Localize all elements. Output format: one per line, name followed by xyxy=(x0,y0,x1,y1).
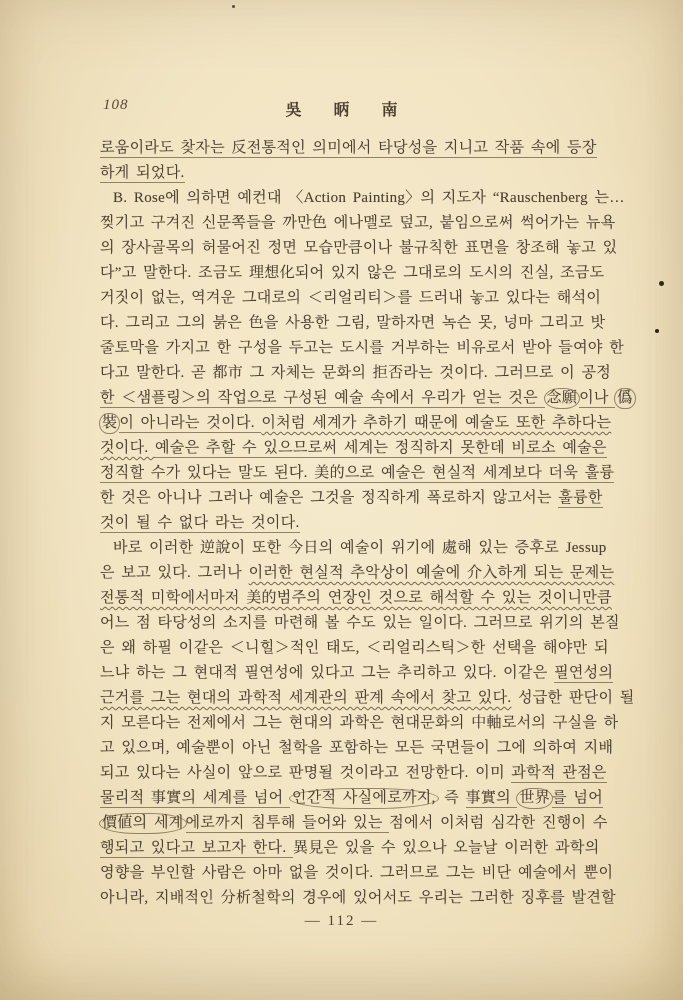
text-line: 은 왜 하필 이같은 ＜니힐＞적인 태도, ＜리얼리스틱＞한 선택을 해야만 되 xyxy=(100,636,597,661)
text-line: 영향을 부인할 사람은 아마 없을 것이다. 그러므로 그는 비단 예술에서 뿐… xyxy=(100,861,597,886)
pencil-circle-annotation: 世界 xyxy=(516,788,553,809)
text-line: 은 보고 있다. 그러나 이러한 현실적 추악상이 예술에 介入하게 되는 문제… xyxy=(100,561,597,586)
text-line: 한 것은 아니나 그러나 예술은 그것을 정직하게 폭로하지 않고서는 훌륭한 xyxy=(100,486,597,511)
pencil-circle-annotation: 裝 xyxy=(99,413,120,434)
text-line: 의 장사골목의 허물어진 정면 모습만큼이나 불규칙한 표면을 창조해 놓고 있 xyxy=(100,236,597,261)
text-line: 근거를 그는 현대의 과학적 세계관의 판계 속에서 찾고 있다. 성급한 판단… xyxy=(100,686,597,711)
pencil-underline-annotation: 과학적 관점은 xyxy=(511,765,606,783)
pencil-underline-annotation: 것이 될 수 없다 라는 것이다. xyxy=(100,515,300,533)
text-line: 것이다. 예술은 추할 수 있으므로써 세계는 정직하지 못한데 비로소 예술은 xyxy=(100,436,597,461)
pencil-circle-annotation: 價値의 세계 xyxy=(99,813,187,834)
pencil-underline-annotation: 것이다. xyxy=(100,440,155,456)
text-line: 지 모른다는 전제에서 그는 현대의 과학은 현대문화의 中軸로서의 구실을 하 xyxy=(100,711,597,736)
pencil-underline-annotation: 이 아니라는 것이다. xyxy=(119,415,261,433)
pencil-underline-annotation: 물리적 事實의 세계를 넘어 xyxy=(100,790,290,808)
text-line: 아니라, 지배적인 分析철학의 경우에 있어서도 우리는 그러한 징후를 발견할 xyxy=(100,886,597,911)
text-line: B. Rose에 의하면 예컨대 〈Action Painting〉의 지도자 … xyxy=(100,186,597,211)
text-line: 다. 그리고 그의 붉은 色을 사용한 그림, 말하자면 녹슨 못, 넝마 그리… xyxy=(100,311,597,336)
pencil-circle-annotation: 僞 xyxy=(614,388,635,409)
pencil-underline-annotation: 예술은 추할 수 있으므로써 세계는 정직하지 못한데 비로소 예술은 xyxy=(155,440,607,458)
pencil-circle-annotation: 念願 xyxy=(544,388,581,409)
text-line: 찢기고 구겨진 신문쪽들을 까만色 에나멜로 덮고, 붙임으로써 썩어가는 뉴욕 xyxy=(100,211,597,236)
text-line: 전통적 미학에서마저 美的범주의 연장인 것으로 해석할 수 있는 것이니만큼 xyxy=(100,586,597,611)
text-line: 고 있으며, 예술뿐이 아닌 철학을 포함하는 모든 국면들이 그에 의하여 지… xyxy=(100,736,597,761)
pencil-underline-annotation: 정직할 수가 있다는 말도 된다. xyxy=(100,465,314,483)
footer-page-number: — 112 — xyxy=(0,913,683,930)
pencil-underline-annotation: 훌륭한 xyxy=(558,490,602,508)
text-line: 裝이 아니라는 것이다. 이처럼 세계가 추하기 때문에 예술도 또한 추하다는 xyxy=(100,411,597,436)
text-line: 되고 있다는 사실이 앞으로 판명될 것이라고 전망한다. 이미 과학적 관점은 xyxy=(100,761,597,786)
pencil-underline-annotation: 근거를 그는 현대의 과학적 세계관의 판계 속에서 찾고 있다. xyxy=(100,690,511,706)
scan-speck xyxy=(655,329,659,333)
text-line: 로움이라도 찾자는 反전통적인 의미에서 타당성을 지니고 작품 속에 등장 xyxy=(100,136,597,161)
scanned-page: 108 吳昞南 로움이라도 찾자는 反전통적인 의미에서 타당성을 지니고 작품… xyxy=(0,0,683,1000)
pencil-underline-annotation: 이처럼 세계가 추하기 때문에 예술도 또한 추하다는 xyxy=(261,415,611,431)
text-line: 정직할 수가 있다는 말도 된다. 美的으로 예술은 현실적 세계보다 더욱 훌… xyxy=(100,461,597,486)
pencil-underline-annotation: 美的으로 예술은 현실적 세계보다 더욱 훌륭 xyxy=(314,465,614,483)
text-line: 어느 점 타당성의 소지를 마련해 볼 수도 있는 일이다. 그러므로 위기의 … xyxy=(100,611,597,636)
text-line: 한 ＜샘플링＞의 작업으로 구성된 예술 속에서 우리가 얻는 것은 念願이나 … xyxy=(100,386,597,411)
pencil-underline-annotation: 事實의 xyxy=(466,790,518,808)
text-line: 행되고 있다고 보고자 한다. 異見은 있을 수 있으나 오늘날 이러한 과학의 xyxy=(100,836,597,861)
text-line: 다”고 말한다. 조금도 理想化되어 있지 않은 그대로의 도시의 진실, 조금… xyxy=(100,261,597,286)
text-line: 줄토막을 가지고 한 구성을 두고는 도시를 거부하는 비유로서 받아 들여야 … xyxy=(100,336,597,361)
pencil-underline-annotation: 에로까지 침투해 들어와 있는 xyxy=(186,815,390,833)
pencil-underline-annotation: 를 넘어 xyxy=(552,790,603,808)
document-body: 로움이라도 찾자는 反전통적인 의미에서 타당성을 지니고 작품 속에 등장하게… xyxy=(100,136,597,911)
text-line: 하게 되었다. xyxy=(100,161,597,186)
text-line: 다고 말한다. 곧 都市 그 자체는 문화의 拒否라는 것이다. 그러므로 이 … xyxy=(100,361,597,386)
text-line: 바로 이러한 逆說이 또한 今日의 예술이 위기에 處해 있는 증후로 Jess… xyxy=(100,536,597,561)
running-title-author: 吳昞南 xyxy=(0,97,683,120)
page-header: 108 吳昞南 xyxy=(0,97,683,119)
text-line: 거짓이 없는, 역겨운 그대로의 ＜리얼리티＞를 드러내 놓고 있다는 해석이 xyxy=(100,286,597,311)
text-line: 價値의 세계에로까지 침투해 들어와 있는 점에서 이처럼 심각한 진행이 수 xyxy=(100,811,597,836)
pencil-underline-annotation: 로움이라도 찾자는 反전통적인 의미에서 타당성을 지니고 작품 속에 등장 xyxy=(100,140,597,158)
scan-speck xyxy=(659,281,664,286)
text-line: 물리적 事實의 세계를 넘어 인간적 사실에로까지, 즉 事實의 世界를 넘어 xyxy=(100,786,597,811)
scan-speck xyxy=(232,5,235,8)
pencil-underline-annotation: 필연성의 xyxy=(554,665,613,683)
pencil-underline-annotation: 이나 xyxy=(579,390,615,408)
text-line: 느냐 하는 그 현대적 필연성에 있다고 그는 추리하고 있다. 이같은 필연성… xyxy=(100,661,597,686)
pencil-underline-annotation: 이러한 현실적 추악상이 예술에 介入하게 되는 문제는 xyxy=(249,565,615,581)
pencil-underline-annotation: 행되고 있다고 보고자 한다. xyxy=(100,840,293,858)
pencil-circle-annotation: 인간적 사실에로까지, xyxy=(289,788,439,809)
pencil-underline-annotation: 전통적 미학에서마저 美的범주의 연장인 것으로 해석할 수 있는 것이니만큼 xyxy=(100,590,612,606)
text-line: 것이 될 수 없다 라는 것이다. xyxy=(100,511,597,536)
pencil-underline-annotation: 하게 되었다. xyxy=(100,165,185,183)
pencil-underline-annotation: 한 ＜샘플링＞의 작업으로 구성된 예술 속에서 우리가 얻는 것은 xyxy=(100,390,545,408)
